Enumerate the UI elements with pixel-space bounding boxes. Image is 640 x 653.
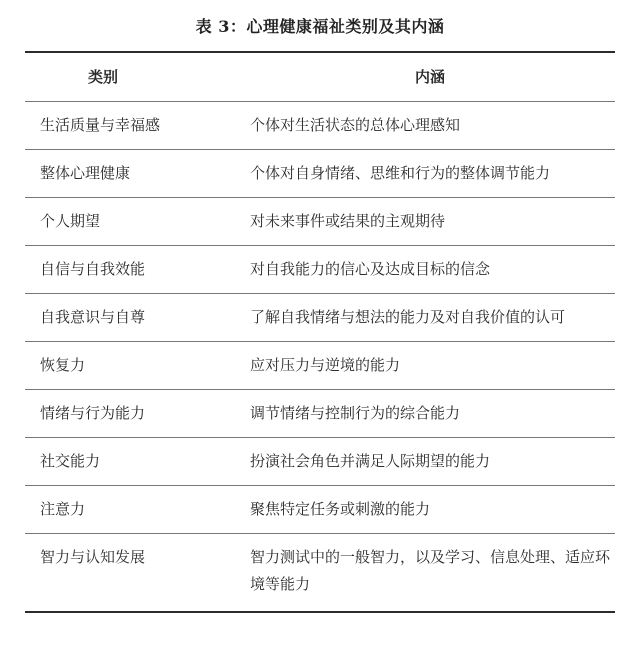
cell-category: 自我意识与自尊: [25, 307, 250, 328]
cell-category: 生活质量与幸福感: [25, 115, 250, 136]
cell-meaning: 个体对自身情绪、思维和行为的整体调节能力: [250, 163, 615, 184]
cell-meaning: 调节情绪与控制行为的综合能力: [250, 403, 615, 424]
cell-category: 整体心理健康: [25, 163, 250, 184]
table-row: 智力与认知发展 智力测试中的一般智力，以及学习、信息处理、适应环境等能力: [25, 533, 615, 611]
cell-meaning: 对未来事件或结果的主观期待: [250, 211, 615, 232]
cell-meaning: 个体对生活状态的总体心理感知: [250, 115, 615, 136]
cell-meaning: 应对压力与逆境的能力: [250, 355, 615, 376]
cell-meaning: 了解自我情绪与想法的能力及对自我价值的认可: [250, 307, 615, 328]
table-row: 注意力 聚焦特定任务或刺激的能力: [25, 485, 615, 533]
table-header-row: 类别 内涵: [25, 53, 615, 101]
cell-category: 恢复力: [25, 355, 250, 376]
table-row: 恢复力 应对压力与逆境的能力: [25, 341, 615, 389]
table-caption: 表 3：心理健康福祉类别及其内涵: [0, 14, 640, 37]
wellbeing-table: 类别 内涵 生活质量与幸福感 个体对生活状态的总体心理感知 整体心理健康 个体对…: [25, 51, 615, 613]
table-row: 整体心理健康 个体对自身情绪、思维和行为的整体调节能力: [25, 149, 615, 197]
cell-meaning: 扮演社会角色并满足人际期望的能力: [250, 451, 615, 472]
cell-category: 个人期望: [25, 211, 250, 232]
cell-category: 自信与自我效能: [25, 259, 250, 280]
cell-category: 社交能力: [25, 451, 250, 472]
cell-meaning: 对自我能力的信心及达成目标的信念: [250, 259, 615, 280]
table-row: 社交能力 扮演社会角色并满足人际期望的能力: [25, 437, 615, 485]
cell-meaning: 聚焦特定任务或刺激的能力: [250, 499, 615, 520]
header-meaning: 内涵: [250, 64, 615, 90]
table-row: 自我意识与自尊 了解自我情绪与想法的能力及对自我价值的认可: [25, 293, 615, 341]
cell-category: 注意力: [25, 499, 250, 520]
cell-category: 情绪与行为能力: [25, 403, 250, 424]
table-row: 情绪与行为能力 调节情绪与控制行为的综合能力: [25, 389, 615, 437]
cell-category: 智力与认知发展: [25, 547, 250, 568]
table-row: 生活质量与幸福感 个体对生活状态的总体心理感知: [25, 101, 615, 149]
table-row: 个人期望 对未来事件或结果的主观期待: [25, 197, 615, 245]
table-row: 自信与自我效能 对自我能力的信心及达成目标的信念: [25, 245, 615, 293]
cell-meaning: 智力测试中的一般智力，以及学习、信息处理、适应环境等能力: [250, 544, 615, 598]
header-category: 类别: [25, 67, 250, 88]
